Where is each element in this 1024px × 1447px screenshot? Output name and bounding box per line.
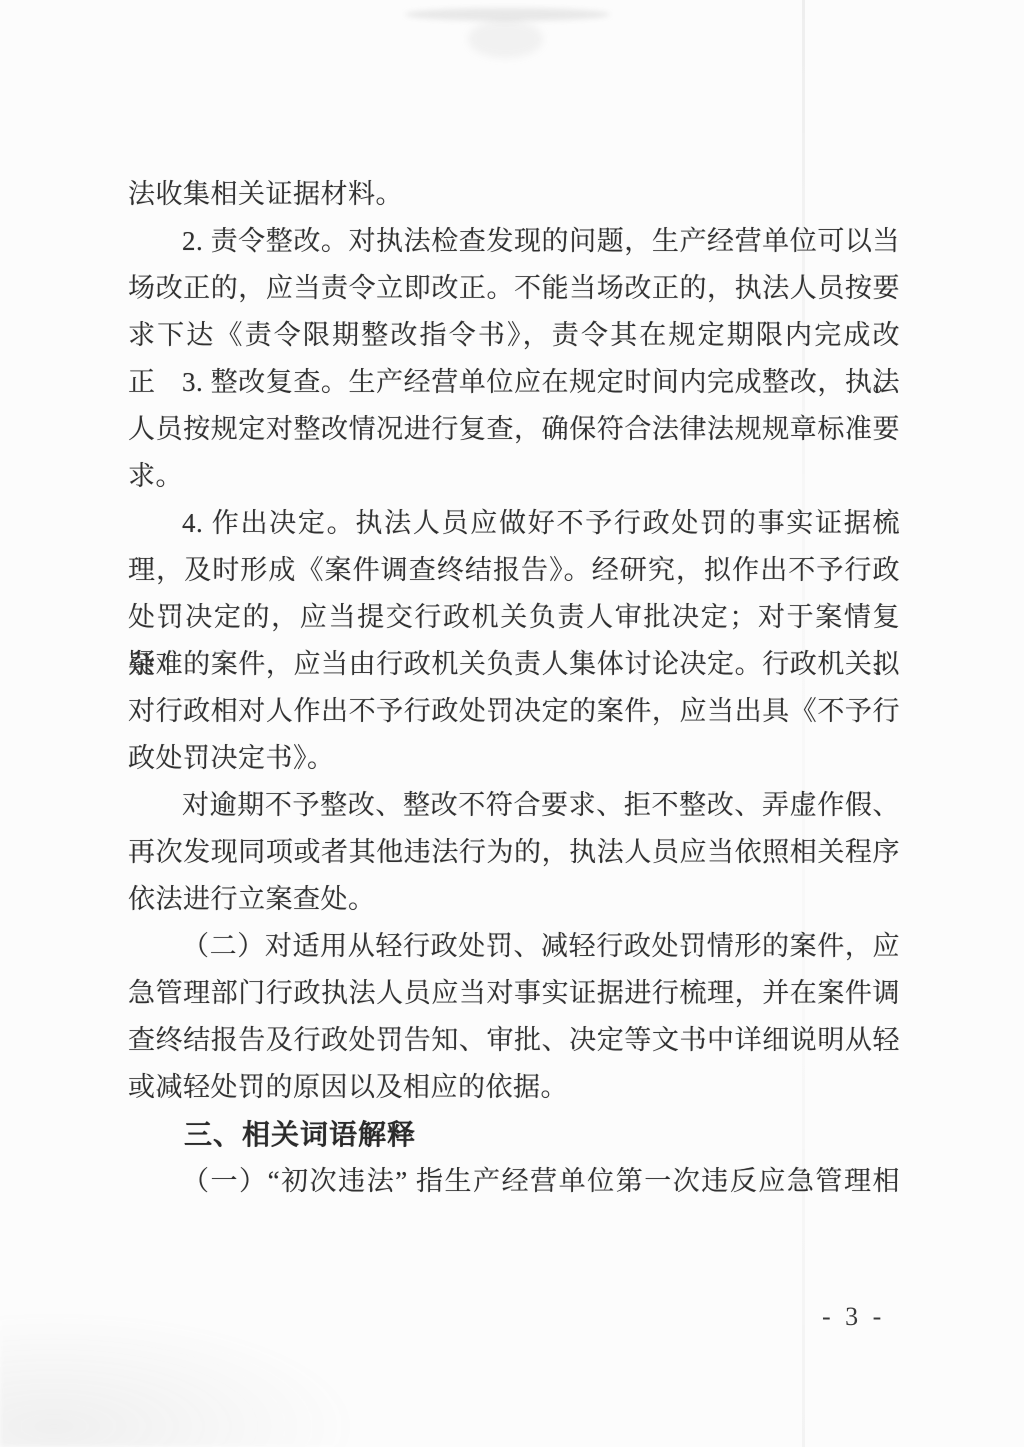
doc-line: 或减轻处罚的原因以及相应的依据。 — [128, 1064, 900, 1111]
doc-line: 法收集相关证据材料。 — [128, 171, 900, 218]
scanned-document-page: 法收集相关证据材料。 2. 责令整改。对执法检查发现的问题，生产经营单位可以当 … — [0, 0, 1024, 1447]
doc-line: 3. 整改复查。生产经营单位应在规定时间内完成整改，执法 — [128, 359, 900, 406]
doc-line: 对行政相对人作出不予行政处罚决定的案件，应当出具《不予行 — [128, 688, 900, 735]
doc-line: 处罚决定的，应当提交行政机关负责人审批决定；对于案情复杂、 — [128, 594, 900, 641]
doc-line: （二）对适用从轻行政处罚、减轻行政处罚情形的案件，应 — [128, 923, 900, 970]
doc-line: 理，及时形成《案件调查终结报告》。经研究，拟作出不予行政 — [128, 547, 900, 594]
doc-line: 场改正的，应当责令立即改正。不能当场改正的，执法人员按要 — [128, 265, 900, 312]
doc-line: 4. 作出决定。执法人员应做好不予行政处罚的事实证据梳 — [128, 500, 900, 547]
doc-line: 急管理部门行政执法人员应当对事实证据进行梳理，并在案件调 — [128, 970, 900, 1017]
doc-line: 对逾期不予整改、整改不符合要求、拒不整改、弄虚作假、 — [128, 782, 900, 829]
scan-noise-artifact — [0, 1310, 360, 1447]
scan-smudge-artifact — [468, 20, 543, 58]
doc-line: （一）“初次违法” 指生产经营单位第一次违反应急管理相 — [128, 1158, 900, 1205]
doc-line: 政处罚决定书》。 — [128, 735, 900, 782]
page-number: - 3 - — [822, 1294, 885, 1340]
doc-line: 求下达《责令限期整改指令书》，责令其在规定期限内完成改正。 — [128, 312, 900, 359]
doc-line: 再次发现同项或者其他违法行为的，执法人员应当依照相关程序 — [128, 829, 900, 876]
doc-line: 2. 责令整改。对执法检查发现的问题，生产经营单位可以当 — [128, 218, 900, 265]
document-body: 法收集相关证据材料。 2. 责令整改。对执法检查发现的问题，生产经营单位可以当 … — [128, 171, 900, 1205]
doc-line: 求。 — [128, 453, 900, 500]
doc-line: 疑难的案件，应当由行政机关负责人集体讨论决定。行政机关拟 — [128, 641, 900, 688]
section-heading: 三、相关词语解释 — [128, 1111, 900, 1158]
doc-line: 依法进行立案查处。 — [128, 876, 900, 923]
doc-line: 人员按规定对整改情况进行复查，确保符合法律法规规章标准要 — [128, 406, 900, 453]
doc-line: 查终结报告及行政处罚告知、审批、决定等文书中详细说明从轻 — [128, 1017, 900, 1064]
